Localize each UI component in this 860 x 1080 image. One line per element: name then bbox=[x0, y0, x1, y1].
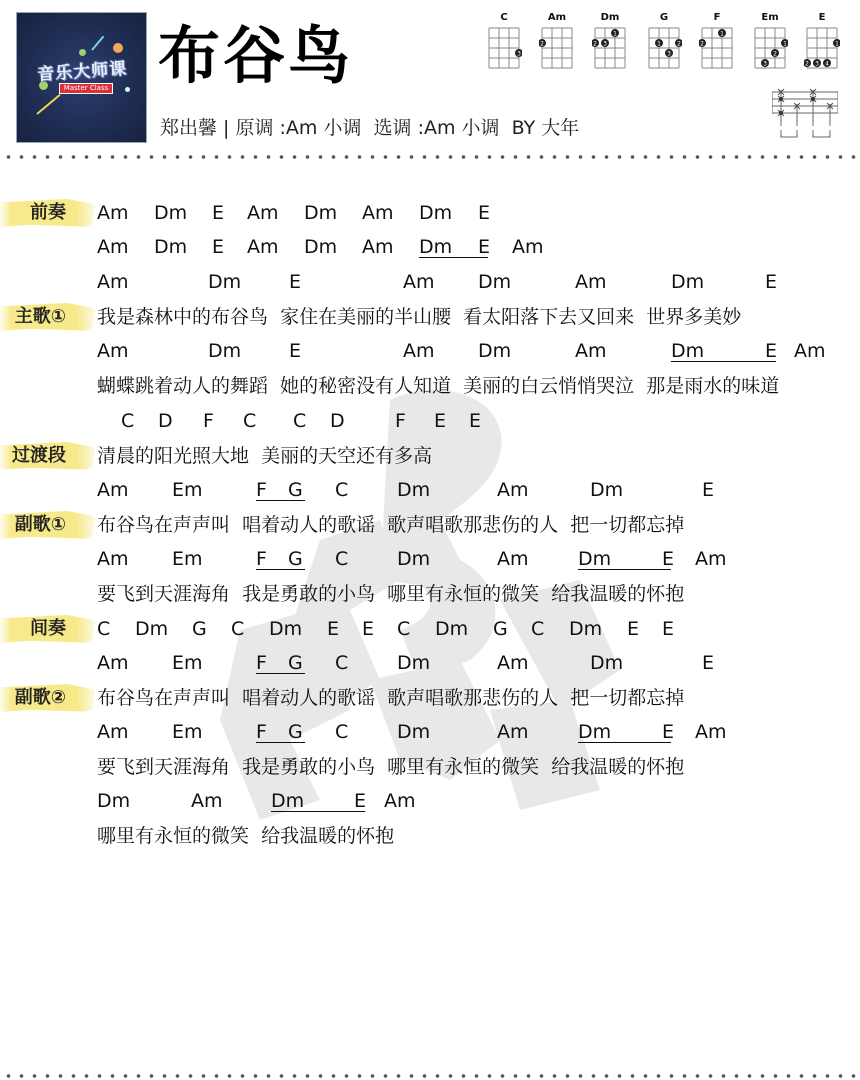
chord-symbol: Em bbox=[172, 717, 203, 747]
chord-diagram-em: Em123 bbox=[752, 12, 788, 72]
chord-symbol: Am bbox=[97, 475, 129, 505]
chord-symbol: Dm bbox=[397, 648, 430, 678]
chord-diagram-name: Dm bbox=[592, 12, 628, 24]
same-bar-underline bbox=[256, 500, 305, 501]
chord-symbol: Am bbox=[97, 336, 129, 366]
chord-symbol: F bbox=[203, 406, 214, 436]
svg-text:3: 3 bbox=[517, 51, 521, 58]
chord-symbol: Am bbox=[97, 198, 129, 228]
chord-symbol: Dm bbox=[304, 232, 337, 262]
chord-symbol: E bbox=[327, 614, 339, 644]
chord-symbol: Am bbox=[97, 717, 129, 747]
chord-symbol: Dm bbox=[135, 614, 168, 644]
chord-symbol: E bbox=[289, 336, 301, 366]
chord-symbol: Dm bbox=[590, 648, 623, 678]
song-meta: 郑出馨 | 原调 :Am 小调 选调 :Am 小调 BY 大年 bbox=[160, 113, 579, 140]
chord-symbol: Dm bbox=[208, 336, 241, 366]
chord-symbol: Dm bbox=[397, 475, 430, 505]
section-label: 间奏 bbox=[0, 612, 96, 646]
chord-line: DmAmDmEAm bbox=[97, 786, 857, 816]
chord-symbol: Dm bbox=[304, 198, 337, 228]
svg-text:3: 3 bbox=[763, 61, 767, 68]
lyric-line: 布谷鸟在声声叫 唱着动人的歌谣 歌声唱歌那悲伤的人 把一切都忘掉 bbox=[97, 683, 857, 713]
chord-symbol: Em bbox=[172, 475, 203, 505]
chord-symbol: E bbox=[469, 406, 481, 436]
chord-symbol: Dm bbox=[590, 475, 623, 505]
chord-diagram-name: Em bbox=[752, 12, 788, 24]
svg-text:3: 3 bbox=[667, 51, 671, 58]
chord-symbol: C bbox=[97, 614, 110, 644]
same-bar-underline bbox=[256, 742, 305, 743]
same-bar-underline bbox=[256, 673, 305, 674]
lyric-line: 哪里有永恒的微笑 给我温暖的怀抱 bbox=[97, 821, 857, 851]
chord-symbol: Am bbox=[97, 648, 129, 678]
svg-text:2: 2 bbox=[773, 51, 777, 58]
svg-text:1: 1 bbox=[657, 41, 661, 48]
chord-symbol: F bbox=[395, 406, 406, 436]
logo-subtitle: Master Class bbox=[59, 83, 113, 94]
chord-symbol: C bbox=[293, 406, 306, 436]
section-label-text: 主歌① bbox=[15, 300, 66, 334]
lyric-line: 蝴蝶跳着动人的舞蹈 她的秘密没有人知道 美丽的白云悄悄哭泣 那是雨水的味道 bbox=[97, 371, 857, 401]
chord-symbol: Am bbox=[497, 717, 529, 747]
svg-text:1: 1 bbox=[783, 41, 787, 48]
chord-symbol: E bbox=[434, 406, 446, 436]
chord-symbol: E bbox=[362, 614, 374, 644]
chord-symbol: E bbox=[702, 648, 714, 678]
chord-symbol: Am bbox=[695, 544, 727, 574]
chord-diagram-name: G bbox=[646, 12, 682, 24]
section-label-text: 副歌① bbox=[15, 508, 66, 542]
chord-line: AmDmEAmDmAmDmEAm bbox=[97, 336, 857, 366]
chord-line: AmEmFGCDmAmDmEAm bbox=[97, 544, 857, 574]
chord-symbol: E bbox=[662, 614, 674, 644]
chord-symbol: E bbox=[478, 198, 490, 228]
chord-symbol: Am bbox=[362, 198, 394, 228]
chord-symbol: G bbox=[192, 614, 207, 644]
section-label: 副歌① bbox=[0, 508, 96, 542]
svg-text:2: 2 bbox=[677, 41, 681, 48]
chord-symbol: C bbox=[531, 614, 544, 644]
chord-symbol: Am bbox=[384, 786, 416, 816]
chord-symbol: Am bbox=[97, 544, 129, 574]
chord-symbol: C bbox=[335, 544, 348, 574]
chord-diagram-name: E bbox=[804, 12, 840, 24]
chord-line: AmEmFGCDmAmDmE bbox=[97, 475, 857, 505]
footer-divider bbox=[0, 1073, 860, 1079]
chord-symbol: Dm bbox=[478, 267, 511, 297]
chord-symbol: Dm bbox=[97, 786, 130, 816]
lyric-line: 要飞到天涯海角 我是勇敢的小鸟 哪里有永恒的微笑 给我温暖的怀抱 bbox=[97, 752, 857, 782]
chord-diagrams: C3Am2Dm123G123F12Em123E1234 bbox=[486, 12, 856, 76]
chord-symbol: E bbox=[702, 475, 714, 505]
chord-symbol: Dm bbox=[671, 267, 704, 297]
chord-diagram-am: Am2 bbox=[539, 12, 575, 72]
chord-symbol: Dm bbox=[419, 198, 452, 228]
svg-text:3: 3 bbox=[603, 41, 607, 48]
chord-symbol: G bbox=[493, 614, 508, 644]
section-label-text: 过渡段 bbox=[12, 439, 66, 473]
chord-symbol: Am bbox=[497, 475, 529, 505]
chord-line: CDmGCDmEECDmGCDmEE bbox=[97, 614, 857, 644]
svg-text:2: 2 bbox=[700, 41, 704, 48]
chord-diagram-dm: Dm123 bbox=[592, 12, 628, 72]
strum-pattern-icon bbox=[772, 88, 838, 144]
chord-symbol: E bbox=[212, 232, 224, 262]
chord-symbol: Am bbox=[575, 336, 607, 366]
chord-symbol: C bbox=[335, 717, 348, 747]
chord-symbol: Am bbox=[97, 232, 129, 262]
section-label-text: 副歌② bbox=[15, 681, 66, 715]
chord-symbol: Am bbox=[362, 232, 394, 262]
chord-symbol: C bbox=[231, 614, 244, 644]
section-label: 主歌① bbox=[0, 300, 96, 334]
chord-symbol: C bbox=[121, 406, 134, 436]
chord-symbol: Dm bbox=[397, 717, 430, 747]
section-label: 副歌② bbox=[0, 681, 96, 715]
chord-symbol: Em bbox=[172, 648, 203, 678]
chord-symbol: D bbox=[158, 406, 173, 436]
chord-symbol: E bbox=[765, 267, 777, 297]
chord-symbol: Dm bbox=[569, 614, 602, 644]
chord-symbol: Dm bbox=[397, 544, 430, 574]
chord-symbol: C bbox=[335, 648, 348, 678]
lyric-line: 清晨的阳光照大地 美丽的天空还有多高 bbox=[97, 441, 857, 471]
lyric-line: 布谷鸟在声声叫 唱着动人的歌谣 歌声唱歌那悲伤的人 把一切都忘掉 bbox=[97, 510, 857, 540]
header-divider bbox=[0, 154, 860, 160]
chord-diagram-name: Am bbox=[539, 12, 575, 24]
logo-text: 音乐大师课 bbox=[26, 53, 137, 86]
chord-diagram-name: C bbox=[486, 12, 522, 24]
chord-symbol: Dm bbox=[208, 267, 241, 297]
chord-diagram-e: E1234 bbox=[804, 12, 840, 72]
chord-line: AmEmFGCDmAmDmE bbox=[97, 648, 857, 678]
svg-text:1: 1 bbox=[720, 31, 724, 38]
chord-symbol: Am bbox=[512, 232, 544, 262]
chord-line: AmDmEAmDmAmDmE bbox=[97, 198, 857, 228]
chord-diagram-c: C3 bbox=[486, 12, 522, 72]
chord-diagram-f: F12 bbox=[699, 12, 735, 72]
section-label: 前奏 bbox=[0, 196, 96, 230]
svg-text:3: 3 bbox=[815, 61, 819, 68]
chord-symbol: C bbox=[397, 614, 410, 644]
chord-symbol: C bbox=[335, 475, 348, 505]
chord-line: AmEmFGCDmAmDmEAm bbox=[97, 717, 857, 747]
chord-symbol: Dm bbox=[435, 614, 468, 644]
chord-symbol: Dm bbox=[154, 198, 187, 228]
chord-symbol: Am bbox=[497, 544, 529, 574]
song-title: 布谷鸟 bbox=[158, 16, 353, 96]
same-bar-underline bbox=[256, 569, 305, 570]
chord-diagram-name: F bbox=[699, 12, 735, 24]
chord-line: AmDmEAmDmAmDmEAm bbox=[97, 232, 857, 262]
lyric-line: 要飞到天涯海角 我是勇敢的小鸟 哪里有永恒的微笑 给我温暖的怀抱 bbox=[97, 579, 857, 609]
chord-symbol: Dm bbox=[478, 336, 511, 366]
svg-text:2: 2 bbox=[540, 41, 544, 48]
chord-line: CDFCCDFEE bbox=[97, 406, 857, 436]
same-bar-underline bbox=[578, 742, 671, 743]
section-label: 过渡段 bbox=[0, 439, 96, 473]
chord-symbol: Am bbox=[695, 717, 727, 747]
chord-symbol: Am bbox=[191, 786, 223, 816]
chord-symbol: E bbox=[289, 267, 301, 297]
lyric-line: 我是森林中的布谷鸟 家住在美丽的半山腰 看太阳落下去又回来 世界多美妙 bbox=[97, 302, 857, 332]
svg-text:4: 4 bbox=[825, 61, 829, 68]
chord-symbol: Am bbox=[97, 267, 129, 297]
section-label-text: 前奏 bbox=[30, 196, 66, 230]
svg-text:2: 2 bbox=[593, 41, 597, 48]
chord-symbol: Dm bbox=[154, 232, 187, 262]
same-bar-underline bbox=[271, 811, 365, 812]
svg-text:1: 1 bbox=[835, 41, 839, 48]
chord-symbol: E bbox=[627, 614, 639, 644]
chord-symbol: Am bbox=[497, 648, 529, 678]
chord-symbol: Am bbox=[403, 267, 435, 297]
section-label-text: 间奏 bbox=[30, 612, 66, 646]
chord-diagram-g: G123 bbox=[646, 12, 682, 72]
chord-symbol: Em bbox=[172, 544, 203, 574]
chord-symbol: Am bbox=[794, 336, 826, 366]
chord-line: AmDmEAmDmAmDmE bbox=[97, 267, 857, 297]
master-class-logo: 音乐大师课 Master Class bbox=[16, 12, 147, 143]
same-bar-underline bbox=[671, 361, 776, 362]
chord-symbol: E bbox=[212, 198, 224, 228]
chord-symbol: C bbox=[243, 406, 256, 436]
chord-symbol: D bbox=[330, 406, 345, 436]
chord-symbol: Am bbox=[247, 198, 279, 228]
svg-text:1: 1 bbox=[613, 31, 617, 38]
chord-symbol: Am bbox=[403, 336, 435, 366]
chord-symbol: Am bbox=[575, 267, 607, 297]
same-bar-underline bbox=[419, 257, 488, 258]
chord-symbol: Dm bbox=[269, 614, 302, 644]
chord-symbol: Am bbox=[247, 232, 279, 262]
same-bar-underline bbox=[578, 569, 671, 570]
svg-text:2: 2 bbox=[805, 61, 809, 68]
